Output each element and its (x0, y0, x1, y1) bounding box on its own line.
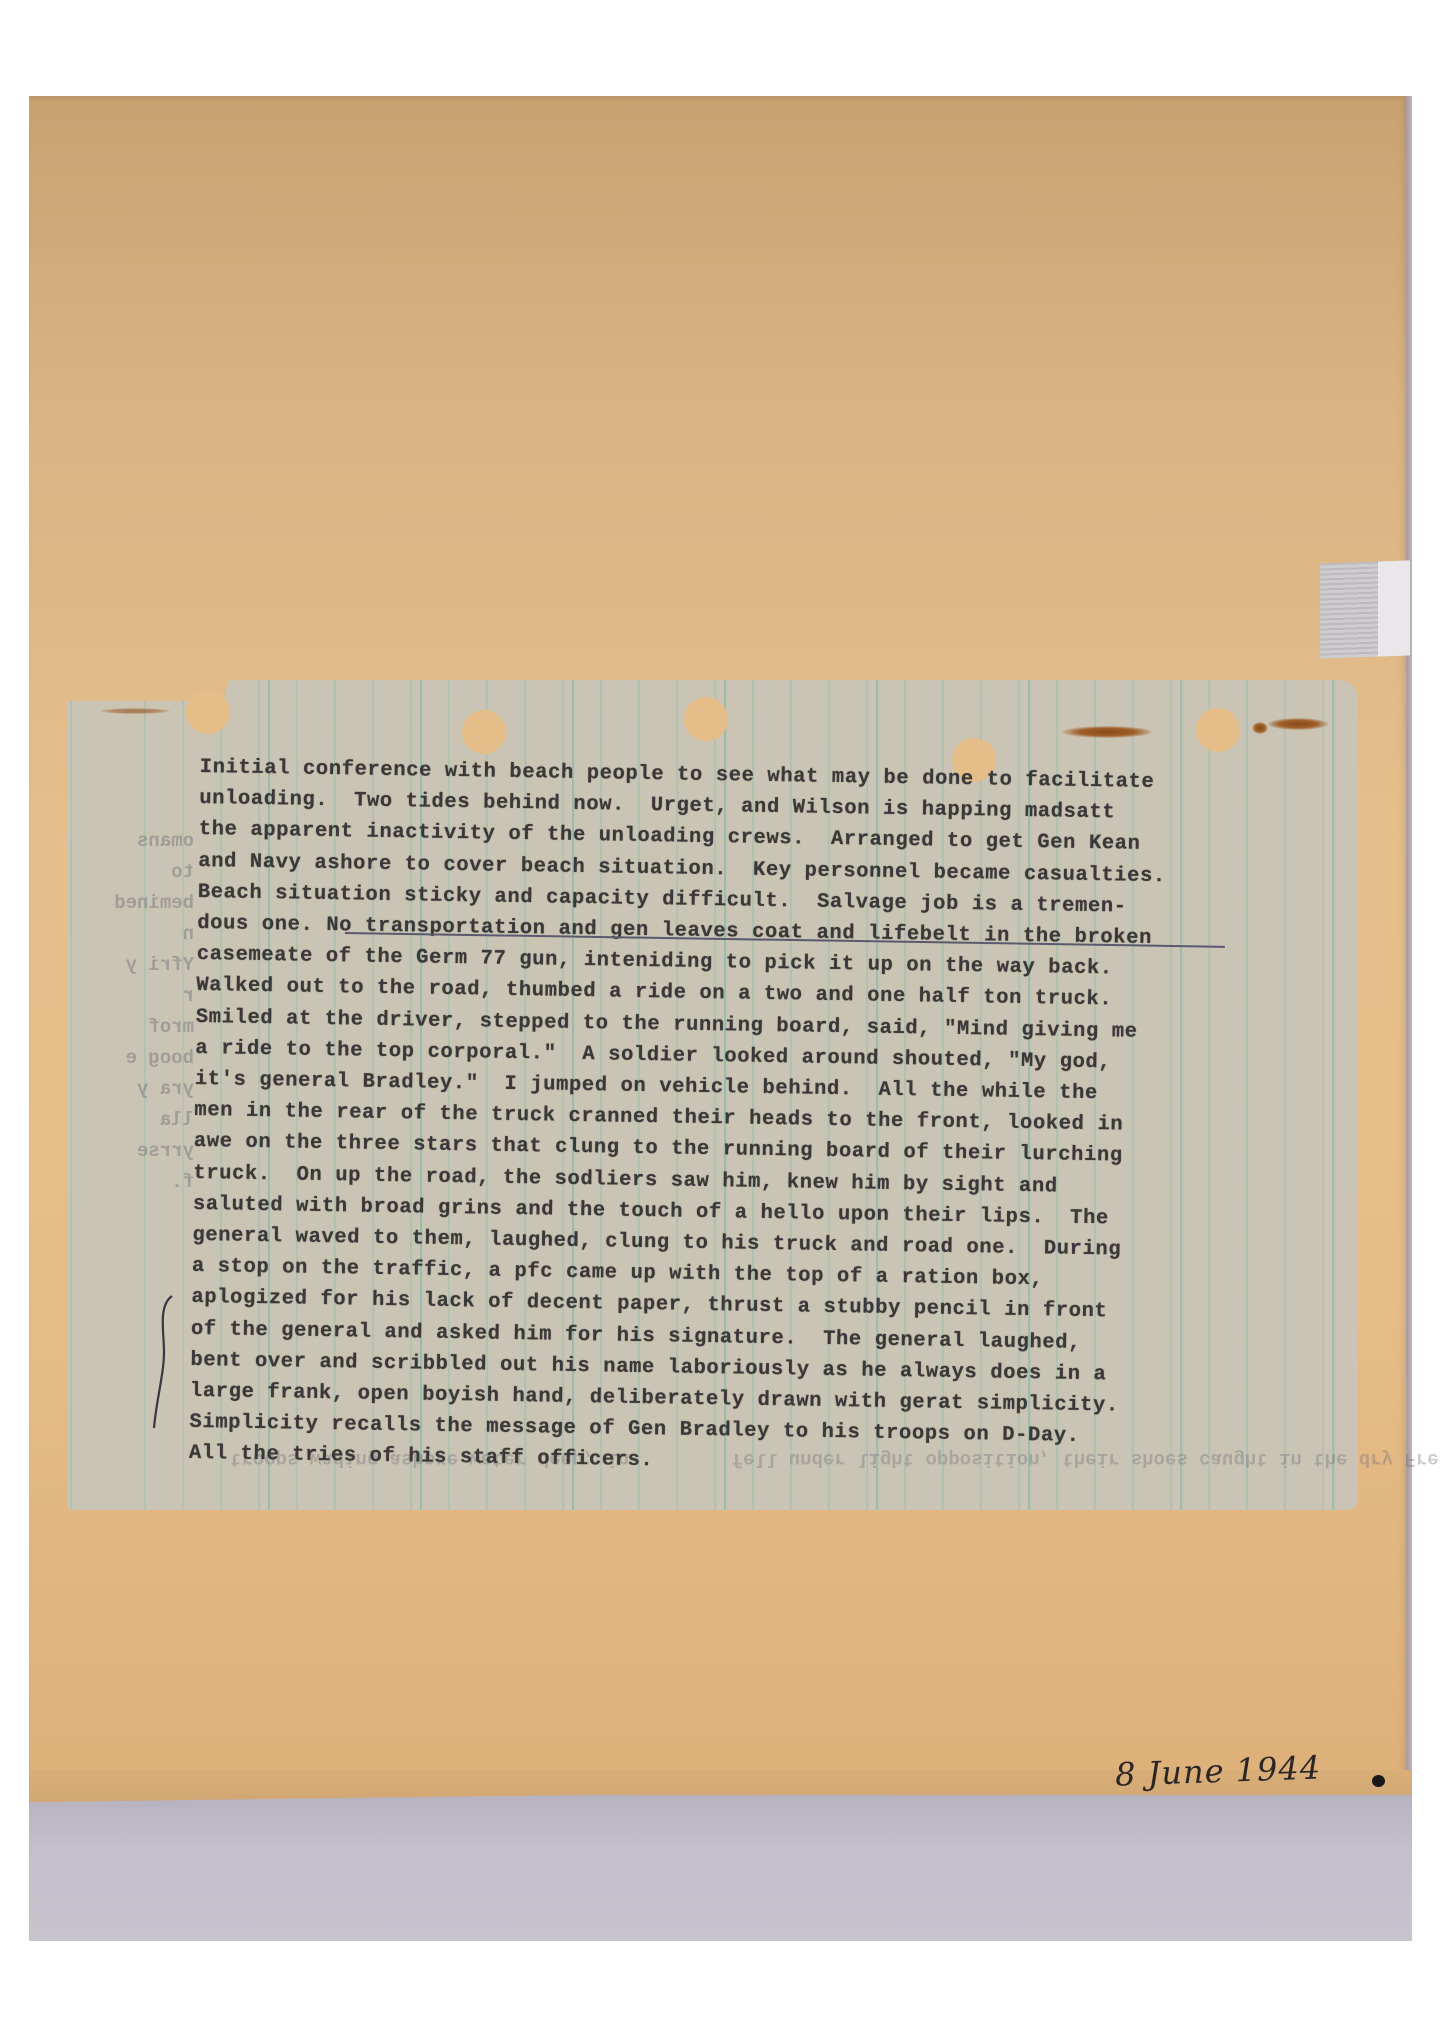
rust-stain-4 (100, 708, 170, 714)
handwritten-bracket-mark (150, 1292, 190, 1432)
rust-stain-2 (1268, 718, 1328, 730)
typed-note-body: Initial conference with beach people to … (189, 752, 1340, 1487)
punch-hole-5 (1196, 708, 1240, 752)
punch-hole-2 (462, 710, 506, 754)
gray-backing-sheet (29, 1795, 1412, 1941)
rust-stain-1 (1062, 726, 1152, 738)
handwritten-date: 8 June 1944 (1114, 1748, 1321, 1793)
ink-dot (1372, 1775, 1385, 1787)
rust-stain-3 (1252, 722, 1268, 734)
punch-hole-1 (186, 690, 230, 734)
show-through-text-left: omans to bemined n Yfri y r mrof boog e … (84, 826, 194, 1198)
adhesive-tape-strip (1320, 560, 1410, 658)
punch-hole-3 (684, 697, 728, 741)
